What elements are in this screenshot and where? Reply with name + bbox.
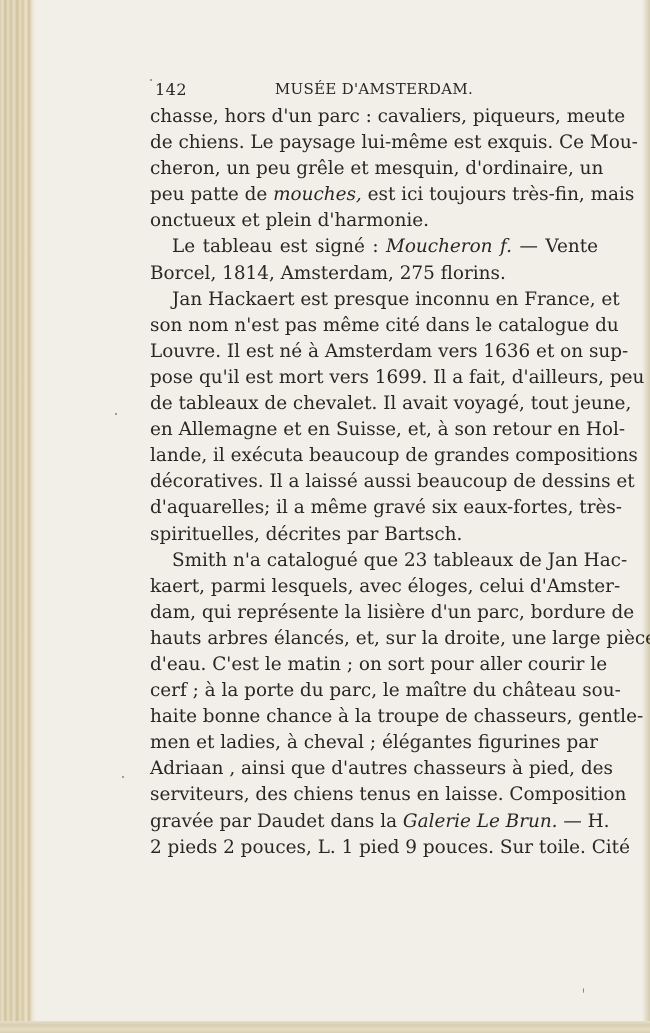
- paragraph: Smith n'a catalogué que 23 tableaux de J…: [150, 548, 598, 861]
- ink-speck: [583, 988, 584, 993]
- text-line: chasse, hors d'un parc : cavaliers, piqu…: [150, 104, 598, 130]
- italic-text: mouches,: [273, 184, 362, 205]
- page-content: 142 MUSÉE D'AMSTERDAM. chasse, hors d'un…: [150, 78, 598, 861]
- running-head: 142 MUSÉE D'AMSTERDAM.: [150, 78, 598, 104]
- text-run: — H.: [558, 811, 610, 832]
- text-line: décoratives. Il a laissé aussi beaucoup …: [150, 469, 598, 495]
- text-line: Borcel, 1814, Amsterdam, 275 florins.: [150, 261, 598, 287]
- italic-text: Galerie Le Brun.: [403, 811, 558, 832]
- text-line: pose qu'il est mort vers 1699. Il a fait…: [150, 365, 598, 391]
- paragraph: Jan Hackaert est presque inconnu en Fran…: [150, 287, 598, 548]
- text-line: haite bonne chance à la troupe de chasse…: [150, 704, 598, 730]
- page-edges-left: [0, 0, 36, 1033]
- text-line: Smith n'a catalogué que 23 tableaux de J…: [150, 548, 598, 574]
- text-line: men et ladies, à cheval ; élégantes figu…: [150, 730, 598, 756]
- page-edges-bottom: [0, 1021, 650, 1033]
- text-run: est ici toujours très-fin, mais: [362, 184, 635, 205]
- text-line: Jan Hackaert est presque inconnu en Fran…: [150, 287, 598, 313]
- text-line: onctueux et plein d'harmonie.: [150, 208, 598, 234]
- italic-text: Moucheron f.: [386, 236, 512, 257]
- text-line: d'aquarelles; il a même gravé six eaux-f…: [150, 495, 598, 521]
- ink-speck: [115, 413, 117, 415]
- text-line: de chiens. Le paysage lui-même est exqui…: [150, 130, 598, 156]
- text-run: peu patte de: [150, 184, 273, 205]
- text-line: Adriaan , ainsi que d'autres chasseurs à…: [150, 756, 598, 782]
- paragraph: chasse, hors d'un parc : cavaliers, piqu…: [150, 104, 598, 234]
- running-head-title: MUSÉE D'AMSTERDAM.: [150, 80, 598, 98]
- text-line: hauts arbres élancés, et, sur la droite,…: [150, 626, 598, 652]
- page-edge-right: [642, 0, 650, 1033]
- ink-speck: [122, 776, 124, 778]
- text-line: gravée par Daudet dans la Galerie Le Bru…: [150, 809, 598, 835]
- text-line: d'eau. C'est le matin ; on sort pour all…: [150, 652, 598, 678]
- text-line: dam, qui représente la lisière d'un parc…: [150, 600, 598, 626]
- text-line: Louvre. Il est né à Amsterdam vers 1636 …: [150, 339, 598, 365]
- text-line: de tableaux de chevalet. Il avait voyagé…: [150, 391, 598, 417]
- text-line: son nom n'est pas même cité dans le cata…: [150, 313, 598, 339]
- scanned-book-page: 142 MUSÉE D'AMSTERDAM. chasse, hors d'un…: [0, 0, 650, 1033]
- text-line: peu patte de mouches, est ici toujours t…: [150, 182, 598, 208]
- text-line: lande, il exécuta beaucoup de grandes co…: [150, 443, 598, 469]
- text-run: Le tableau est signé :: [172, 236, 386, 257]
- text-line: 2 pieds 2 pouces, L. 1 pied 9 pouces. Su…: [150, 835, 598, 861]
- text-line: cheron, un peu grêle et mesquin, d'ordin…: [150, 156, 598, 182]
- text-run: — Vente: [512, 236, 598, 257]
- text-line: Le tableau est signé : Moucheron f. — Ve…: [150, 234, 598, 260]
- paragraph: Le tableau est signé : Moucheron f. — Ve…: [150, 234, 598, 286]
- text-line: kaert, parmi lesquels, avec éloges, celu…: [150, 574, 598, 600]
- text-line: cerf ; à la porte du parc, le maître du …: [150, 678, 598, 704]
- text-line: serviteurs, des chiens tenus en laisse. …: [150, 782, 598, 808]
- text-run: gravée par Daudet dans la: [150, 811, 403, 832]
- text-line: en Allemagne et en Suisse, et, à son ret…: [150, 417, 598, 443]
- text-line: spirituelles, décrites par Bartsch.: [150, 522, 598, 548]
- body-text: chasse, hors d'un parc : cavaliers, piqu…: [150, 104, 598, 861]
